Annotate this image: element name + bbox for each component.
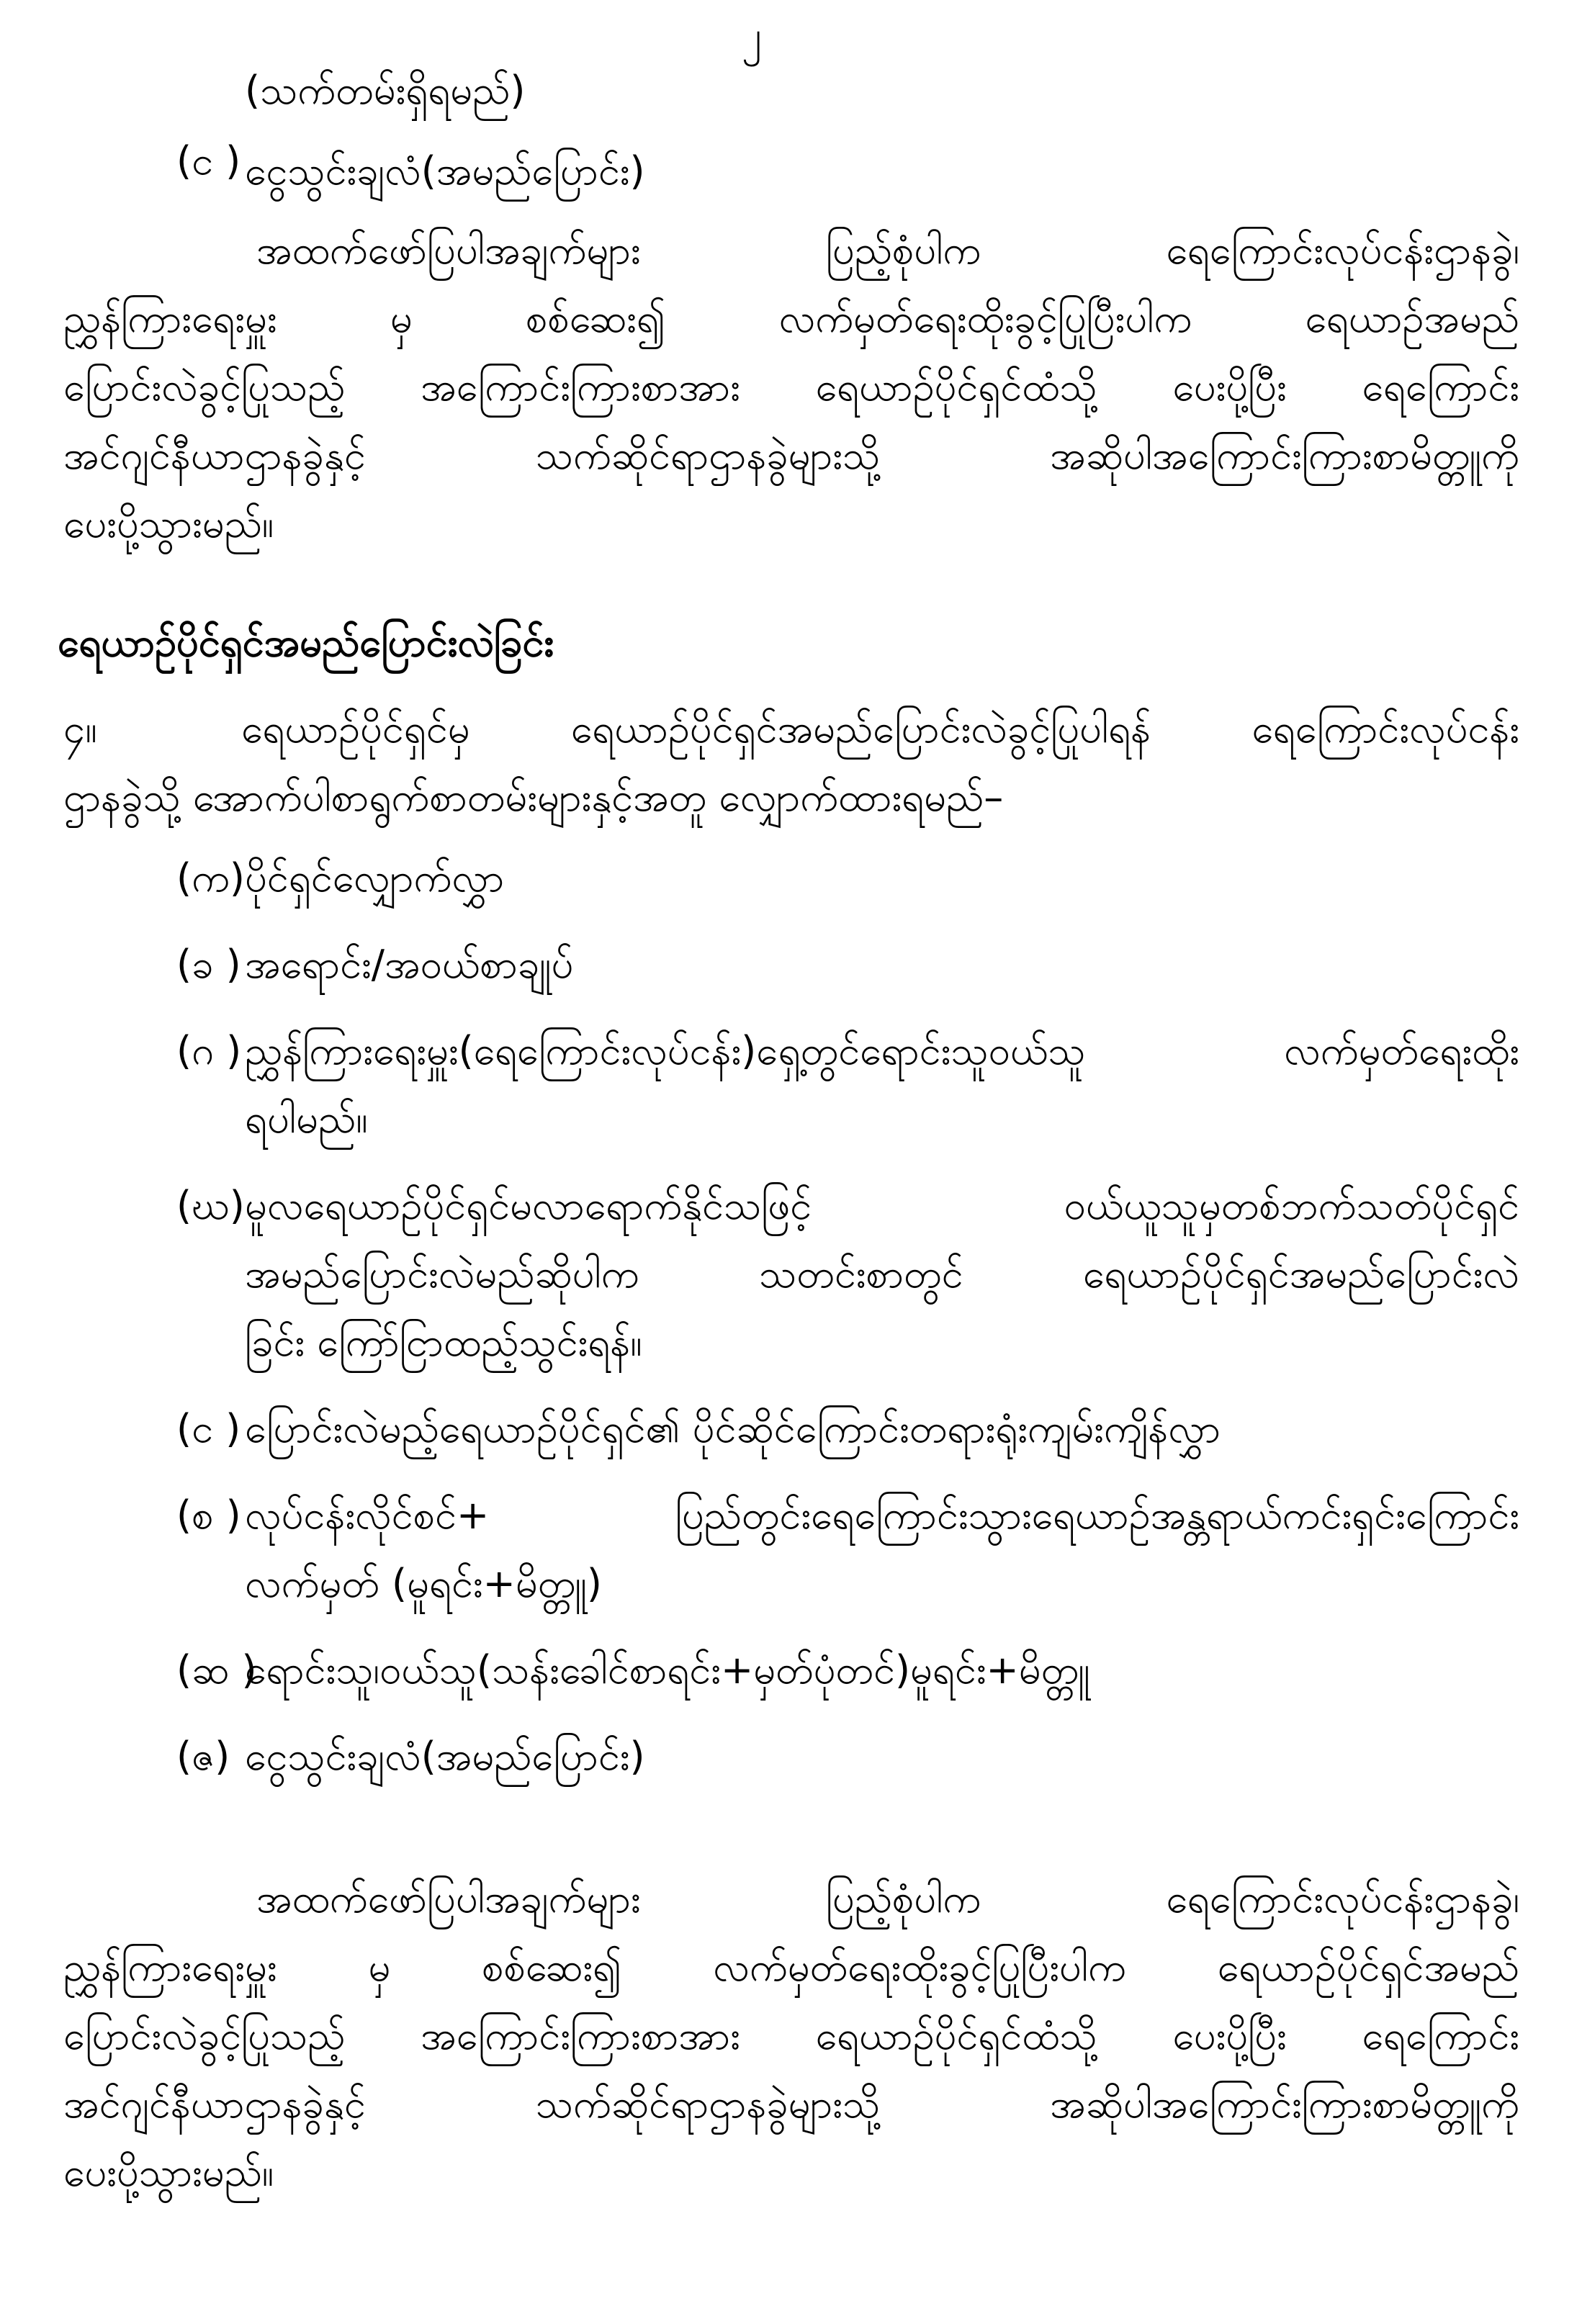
- list-item-line: ခြင်း ကြော်ငြာထည့်သွင်းရန်။: [245, 1308, 1519, 1377]
- list-item-marker: (ဇ): [176, 1722, 245, 1791]
- list-item-line: ရောင်းသူ၊ဝယ်သူ(သန်းခေါင်စာရင်း+မှတ်ပုံတင…: [245, 1636, 1519, 1704]
- closing-paragraph: အထက်ဖော်ပြပါအချက်များ ပြည့်စုံပါက ရေကြော…: [63, 1865, 1519, 2207]
- list-item: (က) ပိုင်ရှင်လျှောက်လွှာ: [176, 844, 1519, 912]
- list-item-marker: (ဂ ): [176, 1017, 245, 1085]
- list-item-line: အမည်ပြောင်းလဲမည်ဆိုပါက သတင်းစာတွင် ရေယာဉ…: [245, 1240, 1519, 1308]
- paragraph-line: ပေးပို့သွားမည်။: [63, 490, 1519, 558]
- list-item-text: ငွေသွင်းချလံ(အမည်ပြောင်း): [245, 137, 1519, 205]
- list-item-marker: (ခ ): [176, 930, 245, 999]
- list-item-marker: (င ): [176, 137, 245, 205]
- paragraph-line: အင်ဂျင်နီယာဌာနခွဲနှင့် သက်ဆိုင်ရာဌာနခွဲမ…: [63, 2070, 1519, 2138]
- list-item-line: လက်မှတ် (မူရင်း+မိတ္တူ): [245, 1549, 1519, 1618]
- list-item: (ဃ) မူလရေယာဉ်ပိုင်ရှင်မလာရောက်နိုင်သဖြင့…: [176, 1171, 1519, 1377]
- list-item-body: မူလရေယာဉ်ပိုင်ရှင်မလာရောက်နိုင်သဖြင့် ဝယ…: [245, 1171, 1519, 1377]
- clause-4: ၄။ ရေယာဉ်ပိုင်ရှင်မှ ရေယာဉ်ပိုင်ရှင်အမည်…: [63, 695, 1519, 832]
- list-item-marker: (က): [176, 844, 245, 912]
- list-item-body: ညွှန်ကြားရေးမှူး(ရေကြောင်းလုပ်ငန်း)ရှေ့တ…: [245, 1017, 1519, 1153]
- paragraph-1: အထက်ဖော်ပြပါအချက်များ ပြည့်စုံပါက ရေကြော…: [63, 216, 1519, 558]
- list-item-body: ငွေသွင်းချလံ(အမည်ပြောင်း): [245, 1722, 1519, 1791]
- list-item-line: ပိုင်ရှင်လျှောက်လွှာ: [245, 844, 1519, 912]
- clause-line-text: ရေယာဉ်ပိုင်ရှင်မှ ရေယာဉ်ပိုင်ရှင်အမည်ပြေ…: [241, 706, 1519, 752]
- list-item-body: ရောင်းသူ၊ဝယ်သူ(သန်းခေါင်စာရင်း+မှတ်ပုံတင…: [245, 1636, 1519, 1704]
- list-item-body: အရောင်း/အဝယ်စာချုပ်: [245, 930, 1519, 999]
- list-item-line: ညွှန်ကြားရေးမှူး(ရေကြောင်းလုပ်ငန်း)ရှေ့တ…: [245, 1017, 1519, 1085]
- list-item: (ဇ) ငွေသွင်းချလံ(အမည်ပြောင်း): [176, 1722, 1519, 1791]
- list-item-line: ရပါမည်။: [245, 1085, 1519, 1153]
- list-item: (င ) ပြောင်းလဲမည့်ရေယာဉ်ပိုင်ရှင်၏ ပိုင်…: [176, 1395, 1519, 1463]
- list-item-body: ပြောင်းလဲမည့်ရေယာဉ်ပိုင်ရှင်၏ ပိုင်ဆိုင်…: [245, 1395, 1519, 1463]
- list-item: (ဆ ) ရောင်းသူ၊ဝယ်သူ(သန်းခေါင်စာရင်း+မှတ်…: [176, 1636, 1519, 1704]
- list-item-body: ပိုင်ရှင်လျှောက်လွှာ: [245, 844, 1519, 912]
- section-heading: ရေယာဉ်ပိုင်ရှင်အမည်ပြောင်းလဲခြင်း: [58, 608, 554, 677]
- paragraph-line: အထက်ဖော်ပြပါအချက်များ ပြည့်စုံပါက ရေကြော…: [63, 1865, 1519, 1933]
- list-item-marker: (ဃ): [176, 1171, 245, 1240]
- list-item-body: လုပ်ငန်းလိုင်စင်+ ပြည်တွင်းရေကြောင်းသွား…: [245, 1481, 1519, 1618]
- list-item-marker: (စ ): [176, 1481, 245, 1549]
- list-item: (ခ ) အရောင်း/အဝယ်စာချုပ်: [176, 930, 1519, 999]
- list-item-line: မူလရေယာဉ်ပိုင်ရှင်မလာရောက်နိုင်သဖြင့် ဝယ…: [245, 1171, 1519, 1240]
- list-item-marker: (ဆ ): [176, 1636, 245, 1704]
- paragraph-line: ပြောင်းလဲခွင့်ပြုသည့် အကြောင်းကြားစာအား …: [63, 353, 1519, 421]
- list-item-nga-top: (င ) ငွေသွင်းချလံ(အမည်ပြောင်း): [176, 137, 1519, 205]
- paragraph-line: အင်ဂျင်နီယာဌာနခွဲနှင့် သက်ဆိုင်ရာဌာနခွဲမ…: [63, 421, 1519, 490]
- document-page: ၂ (သက်တမ်းရှိရမည်) (င ) ငွေသွင်းချလံ(အမည…: [0, 0, 1582, 2324]
- clause-line: ဌာနခွဲသို့ အောက်ပါစာရွက်စာတမ်းများနှင့်အ…: [63, 763, 1519, 832]
- paragraph-line: အထက်ဖော်ပြပါအချက်များ ပြည့်စုံပါက ရေကြော…: [63, 216, 1519, 284]
- page-number: ၂: [742, 10, 762, 69]
- list-item-line: ပြောင်းလဲမည့်ရေယာဉ်ပိုင်ရှင်၏ ပိုင်ဆိုင်…: [245, 1395, 1519, 1463]
- clause-number: ၄။: [63, 706, 140, 752]
- list-item-line: ငွေသွင်းချလံ(အမည်ပြောင်း): [245, 1722, 1519, 1791]
- list-item-line: အရောင်း/အဝယ်စာချုပ်: [245, 930, 1519, 999]
- paragraph-line: ပေးပို့သွားမည်။: [63, 2138, 1519, 2207]
- list-item-line: လုပ်ငန်းလိုင်စင်+ ပြည်တွင်းရေကြောင်းသွား…: [245, 1481, 1519, 1549]
- validity-note: (သက်တမ်းရှိရမည်): [245, 56, 525, 125]
- list-item: (ဂ ) ညွှန်ကြားရေးမှူး(ရေကြောင်းလုပ်ငန်း)…: [176, 1017, 1519, 1153]
- document-list: (က) ပိုင်ရှင်လျှောက်လွှာ (ခ ) အရောင်း/အဝ…: [176, 844, 1519, 1809]
- paragraph-line: ပြောင်းလဲခွင့်ပြုသည့် အကြောင်းကြားစာအား …: [63, 2001, 1519, 2070]
- paragraph-line: ညွှန်ကြားရေးမှူး မှ စစ်ဆေး၍ လက်မှတ်ရေးထိ…: [63, 1933, 1519, 2001]
- clause-line: ၄။ ရေယာဉ်ပိုင်ရှင်မှ ရေယာဉ်ပိုင်ရှင်အမည်…: [63, 695, 1519, 763]
- list-item: (စ ) လုပ်ငန်းလိုင်စင်+ ပြည်တွင်းရေကြောင်…: [176, 1481, 1519, 1618]
- list-item-marker: (င ): [176, 1395, 245, 1463]
- paragraph-line: ညွှန်ကြားရေးမှူး မှ စစ်ဆေး၍ လက်မှတ်ရေးထိ…: [63, 284, 1519, 353]
